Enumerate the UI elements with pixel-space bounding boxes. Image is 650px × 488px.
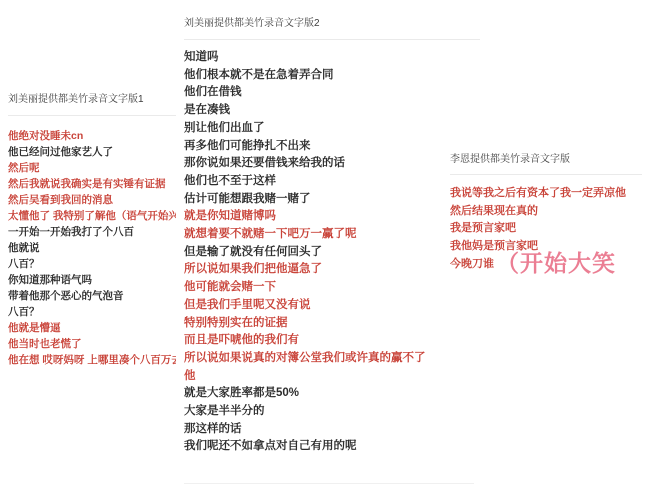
line-text: 就是你知道赌博吗 [184, 210, 276, 222]
transcript-line: 我们呢还不如拿点对自己有用的呢 [184, 438, 484, 456]
transcript-line: 我说等我之后有资本了我一定弄凉他 [450, 185, 650, 203]
line-text: 带着他那个恶心的气泡音 [8, 290, 124, 302]
transcript-collage: 刘美丽提供都美竹录音文字版1 他绝对没睡未cn他已经问过他家艺人了然后呢然后我就… [0, 0, 650, 488]
transcript-line: 然后吴看到我回的消息 [8, 192, 176, 208]
line-text: 一开始一开始我打了个八百 [8, 226, 134, 238]
line-text: 但是我们手里呢又没有说 [184, 299, 311, 311]
line-text: 他当时也老慌了 [8, 338, 82, 350]
line-text: 但是输了就没有任何回头了 [184, 246, 322, 258]
line-text: 他们在借钱 [184, 86, 242, 98]
transcript-line: 那这样的话 [184, 421, 484, 439]
line-text: 就是大家胜率都是50% [184, 387, 299, 399]
line-text: 我是预言家吧 [450, 222, 516, 234]
line-text: 特别特别实在的证据 [184, 317, 288, 329]
transcript-line: 你知道那种语气吗 [8, 272, 176, 288]
transcript-line: 他们在借钱 [184, 84, 484, 102]
transcript-line: 然后结果现在真的 [450, 203, 650, 221]
line-text: 今晚刀谁 [450, 258, 494, 270]
transcript-line: 他已经问过他家艺人了 [8, 144, 176, 160]
line-text: 知道吗 [184, 51, 219, 63]
transcript-line: 而且是吓唬他的我们有 [184, 332, 484, 350]
line-text: 他就说 [8, 242, 40, 254]
transcript-line: 估计可能想跟我赌一赌了 [184, 191, 484, 209]
line-text: 他已经问过他家艺人了 [8, 146, 113, 158]
transcript-line: 是在凑钱 [184, 102, 484, 120]
line-text: 所以说如果我们把他逼急了 [184, 263, 322, 275]
transcript-line: 但是我们手里呢又没有说 [184, 297, 484, 315]
transcript-line: 他 [184, 368, 484, 386]
transcript-line: 就想着要不就赌一下吧万一赢了呢 [184, 226, 484, 244]
line-text: 他们也不至于这样 [184, 175, 276, 187]
transcript-line: 他就说 [8, 240, 176, 256]
transcript-line: 知道吗 [184, 49, 484, 67]
line-text: 所以说如果说真的对簿公堂我们或许真的赢不了 [184, 352, 426, 364]
line-text: 然后呢 [8, 162, 40, 174]
transcript-line: 所以说如果说真的对簿公堂我们或许真的赢不了 [184, 350, 484, 368]
line-text: 八百？ [8, 258, 40, 270]
line-text: 我们呢还不如拿点对自己有用的呢 [184, 440, 357, 452]
transcript-lines: 我说等我之后有资本了我一定弄凉他然后结果现在真的我是预言家吧我他妈是预言家吧今晚… [450, 185, 650, 274]
transcript-line: 我是预言家吧 [450, 220, 650, 238]
line-text: 他在想 哎呀妈呀 上哪里凑个八百万去 [8, 354, 176, 366]
transcript-line: 就是你知道赌博吗 [184, 208, 484, 226]
laugh-annotation: （开始大笑 [496, 250, 616, 276]
title-divider [8, 115, 176, 116]
line-text: 然后吴看到我回的消息 [8, 194, 113, 206]
line-text: 我说等我之后有资本了我一定弄凉他 [450, 187, 626, 199]
transcript-line: 但是输了就没有任何回头了 [184, 244, 484, 262]
line-text: 别让他们出血了 [184, 122, 265, 134]
transcript-column-lien: 李恩提供都美竹录音文字版 我说等我之后有资本了我一定弄凉他然后结果现在真的我是预… [450, 150, 650, 274]
transcript-line: 然后我就说我确实是有实锤有证据 [8, 176, 176, 192]
line-text: 他就是懵逼 [8, 322, 61, 334]
transcript-line: 然后呢 [8, 160, 176, 176]
column-title: 李恩提供都美竹录音文字版 [450, 150, 650, 165]
transcript-line: 就是大家胜率都是50% [184, 385, 484, 403]
transcript-line: 一开始一开始我打了个八百 [8, 224, 176, 240]
title-divider [450, 174, 642, 175]
transcript-lines: 他绝对没睡未cn他已经问过他家艺人了然后呢然后我就说我确实是有实锤有证据然后吴看… [8, 128, 176, 368]
line-text: 再多他们可能挣扎不出来 [184, 140, 311, 152]
transcript-line: 太懂他了 我特别了解他（语气开始兴奋 [8, 208, 176, 224]
transcript-line: 他们根本就不是在急着弄合同 [184, 67, 484, 85]
line-text: 八百？ [8, 306, 40, 318]
transcript-line: 他绝对没睡未cn [8, 128, 176, 144]
transcript-line: 带着他那个恶心的气泡音 [8, 288, 176, 304]
transcript-line: 今晚刀谁（开始大笑 [450, 255, 650, 274]
line-text: 大家是半半分的 [184, 405, 265, 417]
transcript-line: 他可能就会赌一下 [184, 279, 484, 297]
transcript-line: 他当时也老慌了 [8, 336, 176, 352]
transcript-line: 他就是懵逼 [8, 320, 176, 336]
line-text: 那这样的话 [184, 423, 242, 435]
transcript-line: 所以说如果我们把他逼急了 [184, 261, 484, 279]
line-text: 他可能就会赌一下 [184, 281, 276, 293]
line-text: 然后我就说我确实是有实锤有证据 [8, 178, 166, 190]
transcript-line: 特别特别实在的证据 [184, 315, 484, 333]
transcript-lines: 知道吗他们根本就不是在急着弄合同他们在借钱是在凑钱别让他们出血了再多他们可能挣扎… [184, 49, 484, 456]
transcript-column-liumeili-1: 刘美丽提供都美竹录音文字版1 他绝对没睡未cn他已经问过他家艺人了然后呢然后我就… [8, 90, 176, 368]
line-text: 而且是吓唬他的我们有 [184, 334, 299, 346]
line-text: 就想着要不就赌一下吧万一赢了呢 [184, 228, 357, 240]
column-title: 刘美丽提供都美竹录音文字版2 [184, 14, 484, 29]
line-text: 是在凑钱 [184, 104, 230, 116]
transcript-line: 他在想 哎呀妈呀 上哪里凑个八百万去 [8, 352, 176, 368]
title-divider [184, 39, 480, 40]
line-text: 他绝对没睡未cn [8, 130, 83, 142]
line-text: 估计可能想跟我赌一赌了 [184, 193, 311, 205]
line-text: 那你说如果还要借钱来给我的话 [184, 157, 345, 169]
transcript-line: 八百？ [8, 256, 176, 272]
line-text: 你知道那种语气吗 [8, 274, 92, 286]
transcript-line: 大家是半半分的 [184, 403, 484, 421]
transcript-line: 再多他们可能挣扎不出来 [184, 138, 484, 156]
line-text: 太懂他了 我特别了解他（语气开始兴奋 [8, 210, 176, 222]
transcript-line: 那你说如果还要借钱来给我的话 [184, 155, 484, 173]
transcript-line: 八百？ [8, 304, 176, 320]
line-text: 然后结果现在真的 [450, 205, 538, 217]
line-text: 他 [184, 370, 196, 382]
transcript-column-liumeili-2: 刘美丽提供都美竹录音文字版2 知道吗他们根本就不是在急着弄合同他们在借钱是在凑钱… [184, 14, 484, 456]
transcript-line: 别让他们出血了 [184, 120, 484, 138]
column-title: 刘美丽提供都美竹录音文字版1 [8, 90, 176, 105]
screenshot-bottom-edge [184, 483, 474, 484]
transcript-line: 他们也不至于这样 [184, 173, 484, 191]
line-text: 他们根本就不是在急着弄合同 [184, 69, 334, 81]
